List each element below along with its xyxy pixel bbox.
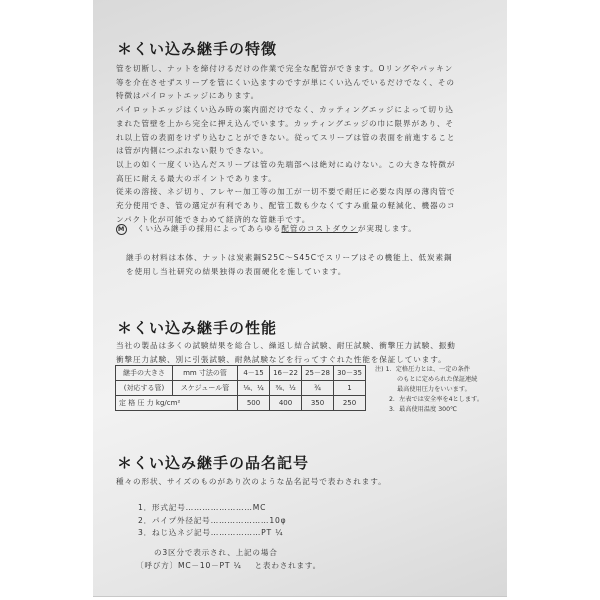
code-summary-line2: 〔呼び方〕MC－10－PT ¼ と表わされます。 [136,560,321,573]
material-paragraph: 継手の材料は本体、ナットは炭素鋼S25C～S45Cでスリーブはその機能上、低炭素… [126,251,453,278]
table-row: 定 格 圧 力 kg/cm² 500 400 350 250 [116,396,366,411]
size-label-top: 継手の大きさ [116,366,173,381]
table-row: (対応する管) スケジュール管 ⅛、¼ ⅜、½ ¾ 1 [116,381,366,396]
schedule-pipe-label: スケジュール管 [173,381,238,396]
size-label-bottom: (対応する管) [116,381,173,396]
performance-paragraph: 当社の製品は多くの試験結果を総合し、繰返し結合試験、耐圧試験、衝撃圧力試験、振動… [116,339,456,366]
section-title-product-code: ＊くい込み継手の品名記号 [117,452,309,473]
list-item: 1．形式記号……………………MC [138,502,286,515]
rated-pressure-label: 定 格 圧 力 kg/cm² [116,396,238,411]
table-notes: 注) 1．定格圧力とは、一定の条件 のもとに定められた保証連続 最高使用圧力をい… [375,365,483,415]
table-row: 継手の大きさ mm 寸法の管 4－15 16－22 25－28 30－35 [116,366,366,381]
list-item: 2．パイプ外径記号…………………10φ [138,515,286,528]
list-item: 3．ねじ込ネジ記号………………PT ¼ [138,527,286,540]
cost-down-highlight: Mくい込み継手の採用によってあらゆる配管のコストダウンが実現します。 [116,222,417,236]
product-code-intro: 種々の形状、サイズのものがあり次のような品名記号で表わされます。 [116,475,387,489]
section-title-performance: ＊くい込み継手の性能 [117,317,277,338]
performance-table: 継手の大きさ mm 寸法の管 4－15 16－22 25－28 30－35 (対… [115,365,366,411]
cost-down-underlined: 配管のコストダウン [281,224,357,233]
section-title-features: ＊くい込み継手の特徴 [117,38,277,59]
code-list: 1．形式記号……………………MC 2．パイプ外径記号…………………10φ 3．ね… [138,502,286,540]
code-summary-line1: の3区分で表示され、上記の場合 [154,547,278,560]
m-mark-icon: M [116,224,127,235]
features-paragraph: 管を切断し、ナットを締付けるだけの作業で完全な配管ができます。Oリングやパッキン… [116,62,455,226]
mm-pipe-label: mm 寸法の管 [173,366,238,381]
